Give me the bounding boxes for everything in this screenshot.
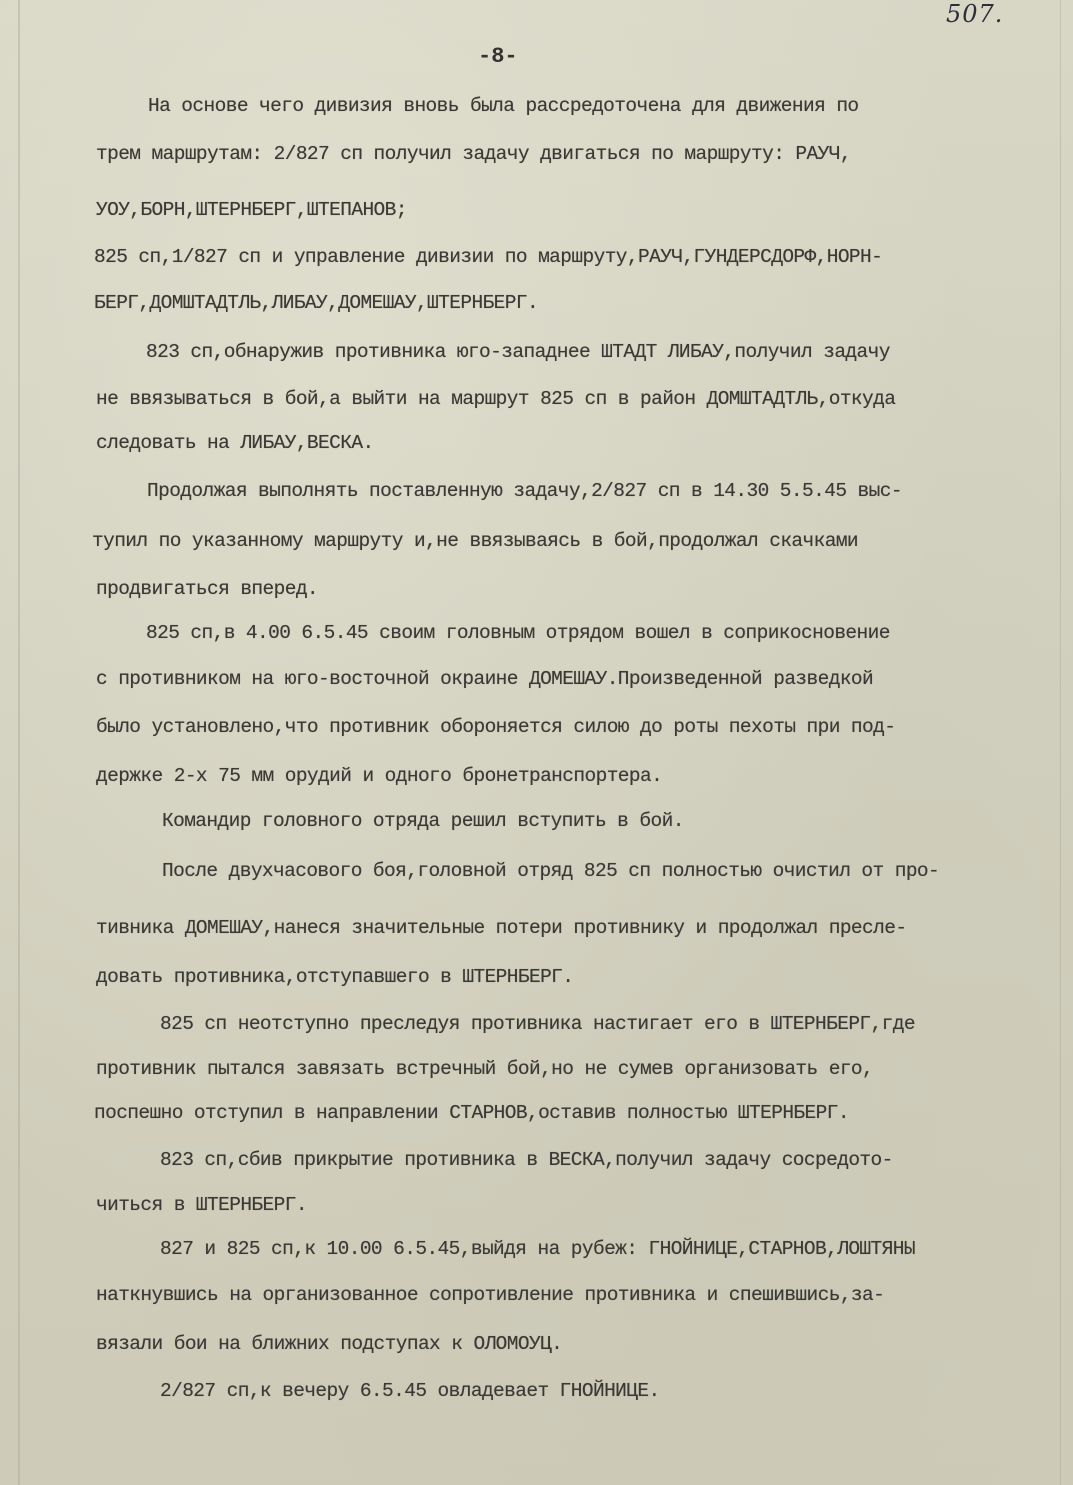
text-line: следовать на ЛИБАУ,ВЕСКА. xyxy=(96,432,374,454)
text-line: 825 сп,в 4.00 6.5.45 своим головным отря… xyxy=(146,622,890,644)
text-line: поспешно отступил в направлении СТАРНОВ,… xyxy=(94,1102,849,1124)
text-line: наткнувшись на организованное сопротивле… xyxy=(96,1284,884,1306)
text-line: 827 и 825 сп,к 10.00 6.5.45,выйдя на руб… xyxy=(160,1238,915,1260)
text-line: довать противника,отступавшего в ШТЕРНБЕ… xyxy=(96,966,573,988)
text-line: На основе чего дивизия вновь была рассре… xyxy=(148,95,859,117)
text-line: Продолжая выполнять поставленную задачу,… xyxy=(147,480,902,502)
text-line: с противником на юго-восточной окраине Д… xyxy=(96,668,873,690)
text-line: тивника ДОМЕШАУ,нанеся значительные поте… xyxy=(96,917,906,939)
text-line: 825 сп неотступно преследуя противника н… xyxy=(160,1013,915,1035)
text-line: было установлено,что противник обороняет… xyxy=(96,716,895,738)
text-line: 2/827 сп,к вечеру 6.5.45 овладевает ГНОЙ… xyxy=(160,1380,660,1402)
text-line: читься в ШТЕРНБЕРГ. xyxy=(96,1194,307,1216)
text-line: 823 сп,сбив прикрытие противника в ВЕСКА… xyxy=(160,1149,893,1171)
text-line: тупил по указанному маршруту и,не ввязыв… xyxy=(92,530,858,552)
text-line: противник пытался завязать встречный бой… xyxy=(96,1058,873,1080)
text-line: продвигаться вперед. xyxy=(96,578,318,600)
text-line: После двухчасового боя,головной отряд 82… xyxy=(162,860,939,882)
archive-page-number: 507. xyxy=(946,0,1003,28)
page-number: -8- xyxy=(478,44,518,69)
document-page: 507. -8- На основе чего дивизия вновь бы… xyxy=(0,0,1073,1485)
text-line: не ввязываться в бой,а выйти на маршрут … xyxy=(96,388,895,410)
text-line: БЕРГ,ДОМШТАДТЛЬ,ЛИБАУ,ДОМЕШАУ,ШТЕРНБЕРГ. xyxy=(94,292,538,314)
text-line: трем маршрутам: 2/827 сп получил задачу … xyxy=(96,143,851,165)
text-line: УОУ,БОРН,ШТЕРНБЕРГ,ШТЕПАНОВ; xyxy=(96,199,407,221)
text-line: держке 2-х 75 мм орудий и одного бронетр… xyxy=(96,765,662,787)
text-line: Командир головного отряда решил вступить… xyxy=(162,810,684,832)
text-line: 823 сп,обнаружив противника юго-западнее… xyxy=(146,341,890,363)
text-line: 825 сп,1/827 сп и управление дивизии по … xyxy=(94,246,882,268)
text-line: вязали бои на ближних подступах к ОЛОМОУ… xyxy=(96,1333,562,1355)
